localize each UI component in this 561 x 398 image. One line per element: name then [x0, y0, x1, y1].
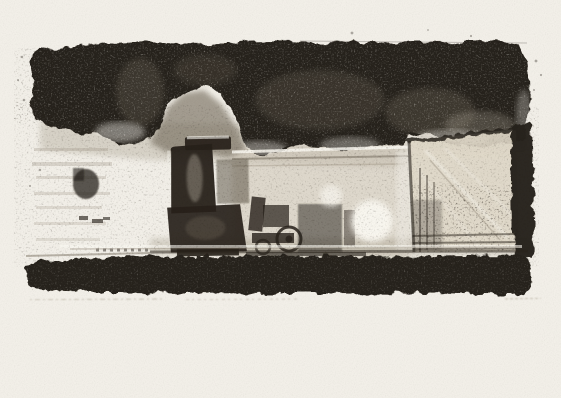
artwork-photo [0, 0, 561, 398]
lithograph-print [0, 0, 561, 398]
print-impression [0, 0, 561, 398]
paper-grain [0, 0, 561, 398]
